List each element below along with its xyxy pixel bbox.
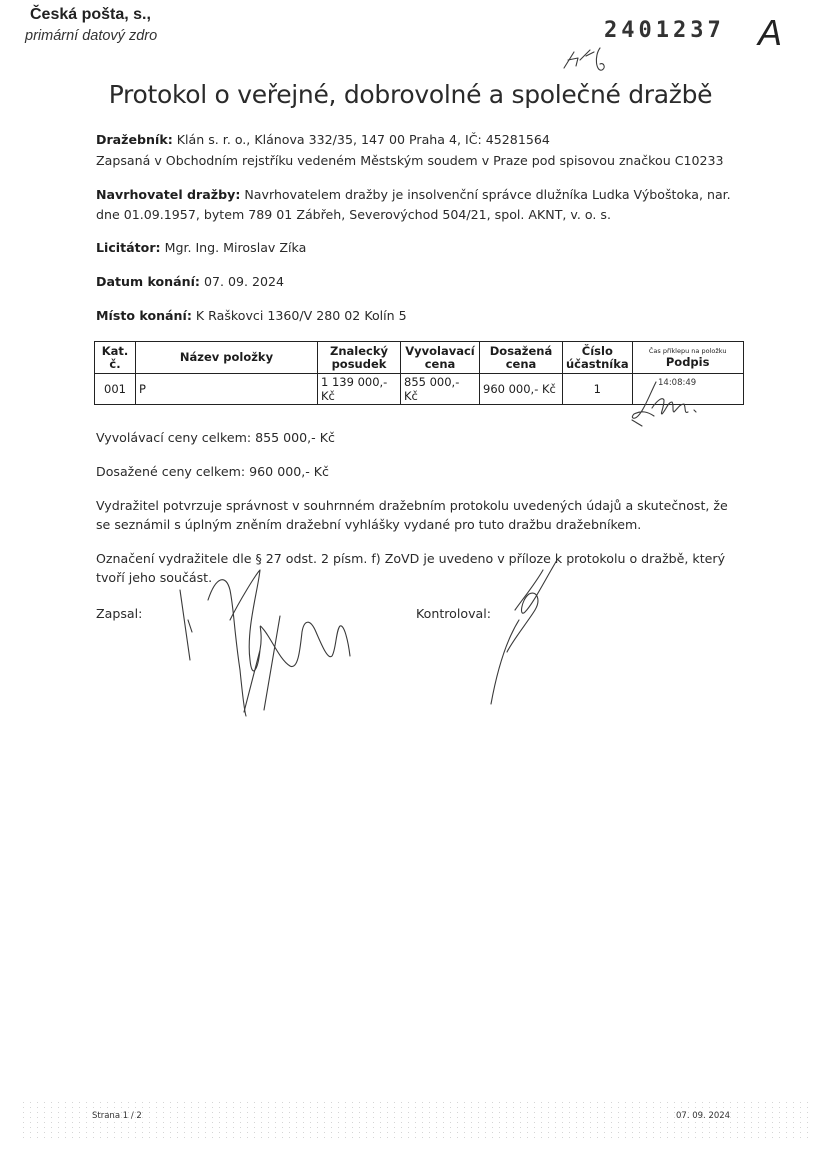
paragraph-1-line2: se seznámil s úplným zněním dražební vyh… [96,517,641,532]
header-cislo-l1: Číslo [582,344,613,358]
datum-label: Datum konání: [96,274,200,289]
header-cislo-l2: účastníka [566,357,629,371]
misto-value: K Raškovci 1360/V 280 02 Kolín 5 [196,308,407,323]
header-dosazena: Dosažená cena [480,342,563,374]
drazebnik-line: Dražebník: Klán s. r. o., Klánova 332/35… [96,132,550,147]
header-znalecky-l2: posudek [332,357,387,371]
postal-stamp-subtitle: primární datový zdro [25,28,157,44]
drazebnik-value: Klán s. r. o., Klánova 332/35, 147 00 Pr… [177,132,550,147]
table-header-row: Kat. č. Název položky Znalecký posudek V… [95,342,744,374]
licitator-label: Licitátor: [96,240,161,255]
table-signature [628,380,728,428]
total-dosazene: Dosažené ceny celkem: 960 000,- Kč [96,464,329,479]
datum-value: 07. 09. 2024 [204,274,284,289]
document-title: Protokol o veřejné, dobrovolné a společn… [0,80,821,109]
total-vyvolavaci: Vyvolávací ceny celkem: 855 000,- Kč [96,430,335,445]
paragraph-1-line1: Vydražitel potvrzuje správnost v souhrnn… [96,498,728,513]
cell-vyvolavaci: 855 000,- Kč [401,374,480,405]
cell-cislo: 1 [563,374,633,405]
navrhovatel-line2: dne 01.09.1957, bytem 789 01 Zábřeh, Sev… [96,207,611,222]
drazebnik-label: Dražebník: [96,132,173,147]
footer-date: 07. 09. 2024 [676,1111,730,1121]
header-nazev: Název položky [136,342,318,374]
zapsal-signature [160,560,390,730]
header-podpis-label: Podpis [666,355,710,369]
handwritten-note [560,38,620,78]
cell-nazev: P [136,374,318,405]
licitator-value: Mgr. Ing. Miroslav Zíka [165,240,307,255]
header-vyvolavaci-l2: cena [425,357,456,371]
misto-label: Místo konání: [96,308,192,323]
postal-stamp-title: Česká pošta, s., [30,6,151,24]
header-dosazena-l2: cena [506,357,537,371]
document-number: 2401237 [604,18,725,43]
navrhovatel-label: Navrhovatel dražby: [96,187,240,202]
header-vyvolavaci: Vyvolavací cena [401,342,480,374]
cell-znalecky: 1 139 000,- Kč [318,374,401,405]
navrhovatel-value: Navrhovatelem dražby je insolvenční sprá… [244,187,730,202]
drazebnik-registration: Zapsaná v Obchodním rejstříku vedeném Mě… [96,153,724,168]
licitator-line: Licitátor: Mgr. Ing. Miroslav Zíka [96,240,306,255]
navrhovatel-line: Navrhovatel dražby: Navrhovatelem dražby… [96,187,731,202]
kontroloval-signature [485,560,565,710]
document-letter: A [758,12,782,54]
zapsal-label: Zapsal: [96,606,142,621]
header-vyvolavaci-l1: Vyvolavací [405,344,475,358]
cell-dosazena: 960 000,- Kč [480,374,563,405]
header-znalecky: Znalecký posudek [318,342,401,374]
header-znalecky-l1: Znalecký [330,344,388,358]
cell-kat: 001 [95,374,136,405]
page-indicator: Strana 1 / 2 [92,1111,142,1121]
kontroloval-label: Kontroloval: [416,606,491,621]
header-dosazena-l1: Dosažená [490,344,553,358]
datum-line: Datum konání: 07. 09. 2024 [96,274,284,289]
header-podpis: Čas příklepu na položku Podpis [632,342,743,374]
misto-line: Místo konání: K Raškovci 1360/V 280 02 K… [96,308,407,323]
header-cislo: Číslo účastníka [563,342,633,374]
header-kat: Kat. č. [95,342,136,374]
